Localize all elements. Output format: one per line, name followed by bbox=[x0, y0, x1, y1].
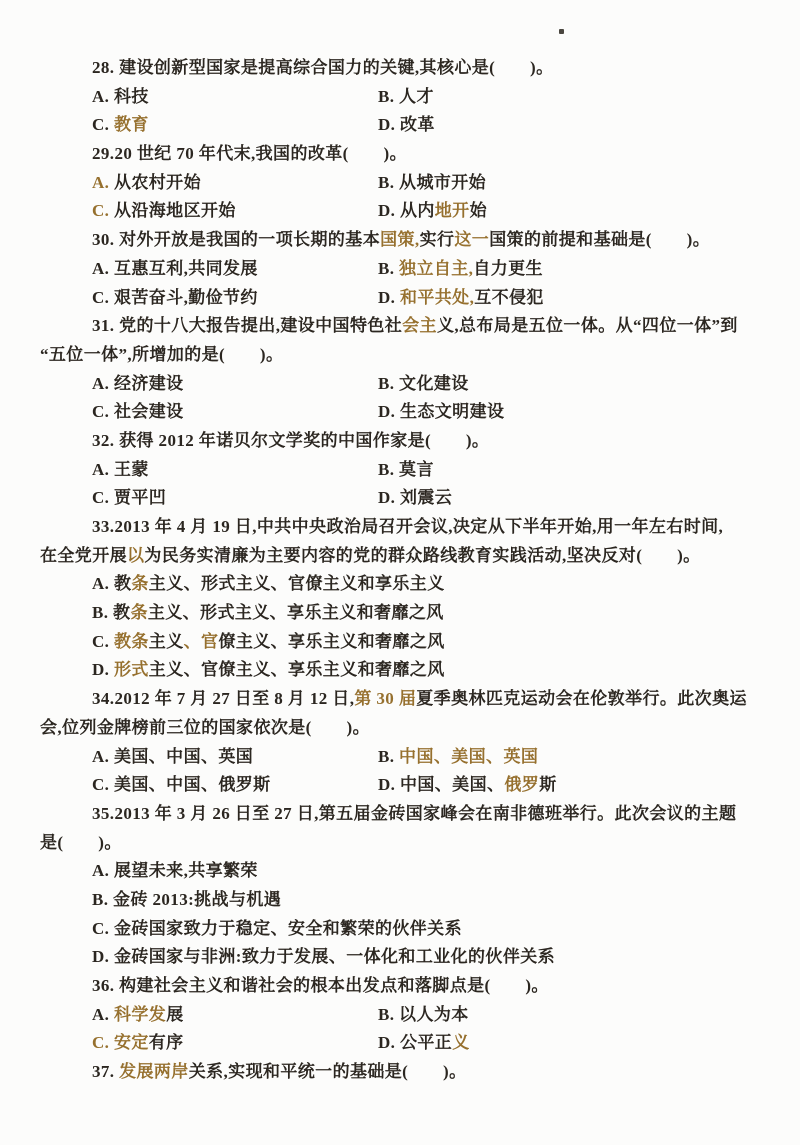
question-30-stem: 30. 对外开放是我国的一项长期的基本国策,实行这一国策的前提和基础是( )。 bbox=[40, 226, 780, 255]
text-segment: B. 从城市开始 bbox=[378, 173, 486, 192]
question-33-stem-continuation: 在全党开展以为民务实清廉为主要内容的党的群众路线教育实践活动,坚决反对( )。 bbox=[40, 542, 780, 571]
question-35-stem: 35.2013 年 3 月 26 日至 27 日,第五届金砖国家峰会在南非德班举… bbox=[40, 800, 780, 829]
scan-artifact-speck bbox=[559, 29, 564, 34]
text-segment: C. 艰苦奋斗,勤俭节约 bbox=[92, 288, 258, 307]
text-segment: A. 经济建设 bbox=[92, 374, 184, 393]
option-right: B. 以人为本 bbox=[378, 1001, 469, 1030]
accent-text-segment: 、官 bbox=[184, 632, 219, 651]
accent-text-segment: 教育 bbox=[114, 115, 149, 134]
text-segment: 义,总布局是五位一体。从“四位一体”到 bbox=[437, 316, 738, 335]
option-left: A. 从农村开始 bbox=[92, 173, 201, 192]
text-segment: 互不侵犯 bbox=[474, 288, 544, 307]
question-29-option-pair: A. 从农村开始B. 从城市开始 bbox=[40, 169, 780, 198]
accent-text-segment: 独立自主, bbox=[399, 259, 473, 278]
text-segment: B. bbox=[378, 259, 399, 278]
accent-text-segment: 条 bbox=[130, 603, 147, 622]
question-35-stem-continuation: 是( )。 bbox=[40, 829, 780, 858]
text-segment: 斯 bbox=[539, 775, 556, 794]
text-segment: 31. 党的十八大报告提出,建设中国特色社 bbox=[92, 316, 402, 335]
accent-text-segment: 中国、美国、英国 bbox=[399, 747, 538, 766]
text-segment: 有序 bbox=[149, 1033, 184, 1052]
text-segment: D. bbox=[92, 660, 114, 679]
option-right: B. 独立自主,自力更生 bbox=[378, 255, 543, 284]
question-32-option-pair: C. 贾平凹D. 刘震云 bbox=[40, 484, 780, 513]
text-segment: 主义 bbox=[149, 632, 184, 651]
text-segment: D. 公平正 bbox=[378, 1033, 452, 1052]
option-right: D. 改革 bbox=[378, 111, 435, 140]
text-segment: D. 刘震云 bbox=[378, 488, 452, 507]
text-segment: B. 人才 bbox=[378, 87, 434, 106]
text-segment: 实行 bbox=[420, 230, 455, 249]
text-segment: D. 生态文明建设 bbox=[378, 402, 504, 421]
option-right: D. 和平共处,互不侵犯 bbox=[378, 284, 544, 313]
text-segment: D. 中国、美国、 bbox=[378, 775, 504, 794]
question-30-option-pair: A. 互惠互利,共同发展B. 独立自主,自力更生 bbox=[40, 255, 780, 284]
option-right: D. 生态文明建设 bbox=[378, 398, 504, 427]
question-34-stem-continuation: 会,位列金牌榜前三位的国家依次是( )。 bbox=[40, 714, 780, 743]
text-segment: D. 改革 bbox=[378, 115, 435, 134]
option-left: C. 美国、中国、俄罗斯 bbox=[92, 775, 271, 794]
text-segment: 夏季奥林匹克运动会在伦敦举行。此次奥运 bbox=[416, 689, 747, 708]
text-segment: 从沿海地区开始 bbox=[109, 201, 235, 220]
text-segment: 国策的前提和基础是( )。 bbox=[489, 230, 710, 249]
question-33-option-row: D. 形式主义、官僚主义、享乐主义和奢靡之风 bbox=[40, 656, 780, 685]
question-34-option-pair: C. 美国、中国、俄罗斯D. 中国、美国、俄罗斯 bbox=[40, 771, 780, 800]
text-segment: 始 bbox=[470, 201, 487, 220]
option-right: D. 从内地开始 bbox=[378, 197, 487, 226]
question-33-option-row: C. 教条主义、官僚主义、享乐主义和奢靡之风 bbox=[40, 628, 780, 657]
text-segment: 35.2013 年 3 月 26 日至 27 日,第五届金砖国家峰会在南非德班举… bbox=[92, 804, 736, 823]
text-segment: B. 教 bbox=[92, 603, 130, 622]
question-35-option-row: C. 金砖国家致力于稳定、安全和繁荣的伙伴关系 bbox=[40, 915, 780, 944]
accent-text-segment: 会主 bbox=[402, 316, 437, 335]
question-35-option-row: B. 金砖 2013:挑战与机遇 bbox=[40, 886, 780, 915]
option-right: B. 从城市开始 bbox=[378, 169, 486, 198]
text-segment: 为民务实清廉为主要内容的党的群众路线教育实践活动,坚决反对( )。 bbox=[144, 546, 700, 565]
text-segment: C. 贾平凹 bbox=[92, 488, 166, 507]
accent-text-segment: 形式 bbox=[114, 660, 149, 679]
question-34-stem: 34.2012 年 7 月 27 日至 8 月 12 日,第 30 届夏季奥林匹… bbox=[40, 685, 780, 714]
accent-text-segment: C. 安定 bbox=[92, 1033, 149, 1052]
option-right: D. 刘震云 bbox=[378, 484, 452, 513]
option-left: A. 王蒙 bbox=[92, 460, 149, 479]
question-31-stem-continuation: “五位一体”,所增加的是( )。 bbox=[40, 341, 780, 370]
accent-text-segment: 国策, bbox=[380, 230, 419, 249]
text-segment: 30. 对外开放是我国的一项长期的基本 bbox=[92, 230, 380, 249]
option-left: C. 艰苦奋斗,勤俭节约 bbox=[92, 288, 258, 307]
accent-text-segment: 地开 bbox=[435, 201, 470, 220]
text-segment: 从农村开始 bbox=[109, 173, 201, 192]
accent-text-segment: A. bbox=[92, 173, 109, 192]
option-left: A. 科技 bbox=[92, 87, 149, 106]
question-31-stem: 31. 党的十八大报告提出,建设中国特色社会主义,总布局是五位一体。从“四位一体… bbox=[40, 312, 780, 341]
option-left: A. 经济建设 bbox=[92, 374, 184, 393]
scanned-exam-page: 28. 建设创新型国家是提高综合国力的关键,其核心是( )。A. 科技B. 人才… bbox=[0, 0, 800, 1145]
question-33-option-row: B. 教条主义、形式主义、享乐主义和奢靡之风 bbox=[40, 599, 780, 628]
option-right: D. 中国、美国、俄罗斯 bbox=[378, 771, 557, 800]
question-31-option-pair: C. 社会建设D. 生态文明建设 bbox=[40, 398, 780, 427]
text-segment: 展 bbox=[166, 1005, 183, 1024]
text-segment: A. 美国、中国、英国 bbox=[92, 747, 253, 766]
question-35-option-row: A. 展望未来,共享繁荣 bbox=[40, 857, 780, 886]
text-segment: D. 从内 bbox=[378, 201, 435, 220]
option-right: B. 中国、美国、英国 bbox=[378, 743, 538, 772]
text-segment: 在全党开展 bbox=[40, 546, 127, 565]
option-right: B. 人才 bbox=[378, 83, 434, 112]
accent-text-segment: 和平共处, bbox=[400, 288, 474, 307]
option-left: C. 从沿海地区开始 bbox=[92, 201, 236, 220]
text-segment: 29.20 世纪 70 年代末,我国的改革( )。 bbox=[92, 144, 407, 163]
question-37-stem: 37. 发展两岸关系,实现和平统一的基础是( )。 bbox=[40, 1058, 780, 1087]
option-right: B. 文化建设 bbox=[378, 370, 469, 399]
text-segment: B. bbox=[378, 747, 399, 766]
question-29-option-pair: C. 从沿海地区开始D. 从内地开始 bbox=[40, 197, 780, 226]
accent-text-segment: 义 bbox=[452, 1033, 469, 1052]
text-segment: 37. bbox=[92, 1062, 119, 1081]
option-left: C. 贾平凹 bbox=[92, 488, 166, 507]
text-segment: 僚主义、享乐主义和奢靡之风 bbox=[218, 632, 444, 651]
text-segment: D. 金砖国家与非洲:致力于发展、一体化和工业化的伙伴关系 bbox=[92, 947, 555, 966]
text-segment: A. 王蒙 bbox=[92, 460, 149, 479]
option-left: C. 安定有序 bbox=[92, 1033, 184, 1052]
option-left: A. 互惠互利,共同发展 bbox=[92, 259, 258, 278]
question-list: 28. 建设创新型国家是提高综合国力的关键,其核心是( )。A. 科技B. 人才… bbox=[40, 54, 780, 1087]
question-36-option-pair: A. 科学发展B. 以人为本 bbox=[40, 1001, 780, 1030]
text-segment: A. 互惠互利,共同发展 bbox=[92, 259, 258, 278]
accent-text-segment: 第 30 届 bbox=[354, 689, 416, 708]
text-segment: 关系,实现和平统一的基础是( )。 bbox=[189, 1062, 467, 1081]
question-28-option-pair: C. 教育D. 改革 bbox=[40, 111, 780, 140]
text-segment: D. bbox=[378, 288, 400, 307]
option-right: D. 公平正义 bbox=[378, 1029, 470, 1058]
accent-text-segment: C. bbox=[92, 201, 109, 220]
question-36-option-pair: C. 安定有序D. 公平正义 bbox=[40, 1029, 780, 1058]
question-32-option-pair: A. 王蒙B. 莫言 bbox=[40, 456, 780, 485]
text-segment: B. 莫言 bbox=[378, 460, 434, 479]
accent-text-segment: 科学发 bbox=[114, 1005, 166, 1024]
option-left: A. 科学发展 bbox=[92, 1005, 184, 1024]
text-segment: A. 展望未来,共享繁荣 bbox=[92, 861, 258, 880]
text-segment: B. 金砖 2013:挑战与机遇 bbox=[92, 890, 281, 909]
text-segment: 主义、形式主义、享乐主义和奢靡之风 bbox=[148, 603, 444, 622]
text-segment: 主义、形式主义、官僚主义和享乐主义 bbox=[149, 574, 445, 593]
text-segment: A. bbox=[92, 1005, 114, 1024]
question-34-option-pair: A. 美国、中国、英国B. 中国、美国、英国 bbox=[40, 743, 780, 772]
text-segment: A. 教 bbox=[92, 574, 131, 593]
text-segment: C. 金砖国家致力于稳定、安全和繁荣的伙伴关系 bbox=[92, 919, 462, 938]
accent-text-segment: 条 bbox=[131, 574, 148, 593]
accent-text-segment: 以 bbox=[127, 546, 144, 565]
text-segment: 自力更生 bbox=[473, 259, 543, 278]
accent-text-segment: 俄罗 bbox=[504, 775, 539, 794]
accent-text-segment: 这一 bbox=[454, 230, 489, 249]
text-segment: 34.2012 年 7 月 27 日至 8 月 12 日, bbox=[92, 689, 354, 708]
text-segment: B. 以人为本 bbox=[378, 1005, 469, 1024]
question-28-option-pair: A. 科技B. 人才 bbox=[40, 83, 780, 112]
option-left: A. 美国、中国、英国 bbox=[92, 747, 253, 766]
text-segment: 主义、官僚主义、享乐主义和奢靡之风 bbox=[149, 660, 445, 679]
question-29-stem: 29.20 世纪 70 年代末,我国的改革( )。 bbox=[40, 140, 780, 169]
question-32-stem: 32. 获得 2012 年诺贝尔文学奖的中国作家是( )。 bbox=[40, 427, 780, 456]
text-segment: B. 文化建设 bbox=[378, 374, 469, 393]
question-28-stem: 28. 建设创新型国家是提高综合国力的关键,其核心是( )。 bbox=[40, 54, 780, 83]
text-segment: A. 科技 bbox=[92, 87, 149, 106]
question-31-option-pair: A. 经济建设B. 文化建设 bbox=[40, 370, 780, 399]
text-segment: 36. 构建社会主义和谐社会的根本出发点和落脚点是( )。 bbox=[92, 976, 549, 995]
accent-text-segment: 发展两岸 bbox=[119, 1062, 189, 1081]
question-33-stem: 33.2013 年 4 月 19 日,中共中央政治局召开会议,决定从下半年开始,… bbox=[40, 513, 780, 542]
text-segment: C. bbox=[92, 115, 114, 134]
option-right: B. 莫言 bbox=[378, 456, 434, 485]
option-left: C. 社会建设 bbox=[92, 402, 184, 421]
text-segment: C. 社会建设 bbox=[92, 402, 184, 421]
question-33-option-row: A. 教条主义、形式主义、官僚主义和享乐主义 bbox=[40, 570, 780, 599]
text-segment: 28. 建设创新型国家是提高综合国力的关键,其核心是( )。 bbox=[92, 58, 553, 77]
question-30-option-pair: C. 艰苦奋斗,勤俭节约D. 和平共处,互不侵犯 bbox=[40, 284, 780, 313]
text-segment: 会,位列金牌榜前三位的国家依次是( )。 bbox=[40, 718, 370, 737]
text-segment: “五位一体”,所增加的是( )。 bbox=[40, 345, 283, 364]
text-segment: 33.2013 年 4 月 19 日,中共中央政治局召开会议,决定从下半年开始,… bbox=[92, 517, 723, 536]
option-left: C. 教育 bbox=[92, 115, 149, 134]
question-35-option-row: D. 金砖国家与非洲:致力于发展、一体化和工业化的伙伴关系 bbox=[40, 943, 780, 972]
text-segment: 32. 获得 2012 年诺贝尔文学奖的中国作家是( )。 bbox=[92, 431, 489, 450]
text-segment: C. bbox=[92, 632, 114, 651]
text-segment: C. 美国、中国、俄罗斯 bbox=[92, 775, 271, 794]
accent-text-segment: 教条 bbox=[114, 632, 149, 651]
question-36-stem: 36. 构建社会主义和谐社会的根本出发点和落脚点是( )。 bbox=[40, 972, 780, 1001]
text-segment: 是( )。 bbox=[40, 833, 122, 852]
